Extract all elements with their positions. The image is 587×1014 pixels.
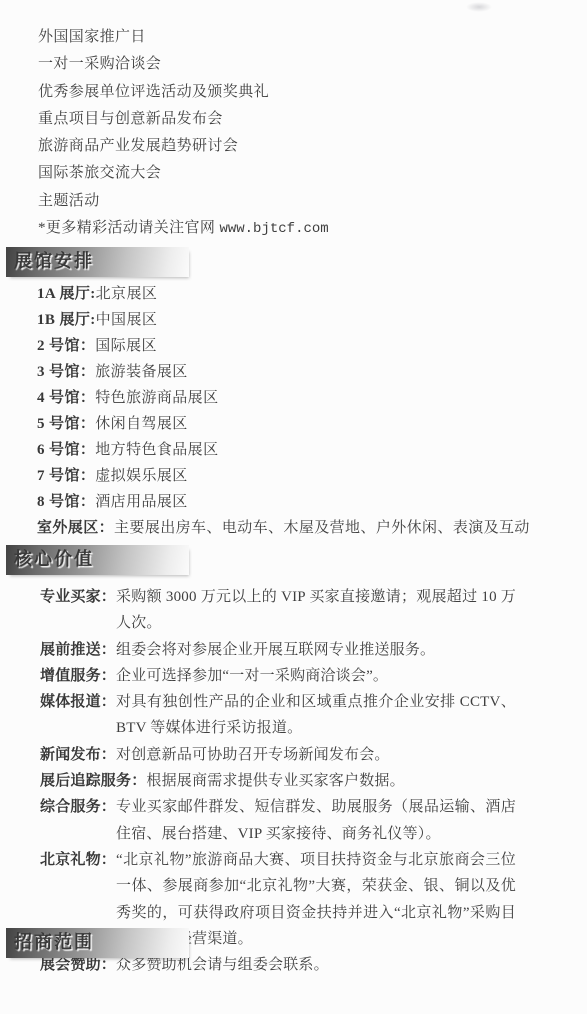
hall-item: 6 号馆：地方特色食品展区 [37,437,557,463]
hall-value: 国际展区 [95,338,157,354]
core-value-label: 专业买家： [40,584,116,637]
core-value-item: 展后追踪服务：根据展商需求提供专业买家客户数据。 [40,768,516,794]
activity-item: 外国国家推广日 [38,24,329,51]
halls-list: 1A 展厅:北京展区 1B 展厅:中国展区 2 号馆：国际展区 3 号馆：旅游装… [37,281,557,567]
core-values-list: 专业买家：采购额 3000 万元以上的 VIP 买家直接邀请；观展超过 10 万… [40,584,516,978]
hall-label: 室外展区： [37,520,114,536]
hall-value: 虚拟娱乐展区 [95,468,187,484]
core-value-text: 组委会将对参展企业开展互联网专业推送服务。 [116,637,516,663]
section-header-core-values: 核心价值 [6,545,189,575]
section-title-core-values: 核心价值 [14,549,94,569]
hall-value: 旅游装备展区 [95,364,187,380]
hall-label: 1B 展厅: [37,312,96,328]
core-value-label: 媒体报道： [40,689,116,742]
activity-item: 国际茶旅交流大会 [38,160,329,187]
hall-label: 4 号馆： [37,390,95,406]
core-value-item: 专业买家：采购额 3000 万元以上的 VIP 买家直接邀请；观展超过 10 万… [40,584,516,637]
core-value-item: 新闻发布：对创意新品可协助召开专场新闻发布会。 [40,742,516,768]
hall-value: 北京展区 [96,286,158,302]
hall-value: 地方特色食品展区 [95,442,218,458]
hall-label: 8 号馆： [37,494,95,510]
note-text: *更多精彩活动请关注官网 [38,220,219,236]
hall-label: 6 号馆： [37,442,95,458]
hall-item: 1A 展厅:北京展区 [37,281,557,307]
core-value-text: 对具有独创性产品的企业和区域重点推介企业安排 CCTV、BTV 等媒体进行采访报… [116,689,516,742]
core-value-text: 根据展商需求提供专业买家客户数据。 [146,768,516,794]
hall-item: 7 号馆：虚拟娱乐展区 [37,463,557,489]
hall-value: 休闲自驾展区 [95,416,187,432]
hall-label: 7 号馆： [37,468,95,484]
core-value-text: 专业买家邮件群发、短信群发、助展服务（展品运输、酒店住宿、展台搭建、VIP 买家… [116,794,516,847]
scan-smudge [466,2,492,12]
activity-item: 优秀参展单位评选活动及颁奖典礼 [38,79,329,106]
core-value-label: 增值服务： [40,663,116,689]
hall-value: 中国展区 [96,312,158,328]
core-value-label: 综合服务： [40,794,116,847]
core-value-item: 媒体报道：对具有独创性产品的企业和区域重点推介企业安排 CCTV、BTV 等媒体… [40,689,516,742]
activity-item: 主题活动 [38,188,329,215]
activity-item: 旅游商品产业发展趋势研讨会 [38,133,329,160]
section-title-investment-scope: 招商范围 [14,932,94,952]
hall-label: 3 号馆： [37,364,95,380]
hall-item: 5 号馆：休闲自驾展区 [37,411,557,437]
hall-label: 2 号馆： [37,338,95,354]
core-value-item: 增值服务：企业可选择参加“一对一采购商洽谈会”。 [40,663,516,689]
hall-label: 1A 展厅: [37,286,96,302]
section-header-halls: 展馆安排 [6,247,189,277]
hall-item: 1B 展厅:中国展区 [37,307,557,333]
hall-item: 4 号馆：特色旅游商品展区 [37,385,557,411]
core-value-label: 展前推送： [40,637,116,663]
core-value-text: 采购额 3000 万元以上的 VIP 买家直接邀请；观展超过 10 万人次。 [116,584,516,637]
hall-value: 特色旅游商品展区 [95,390,218,406]
website-url: www.bjtcf.com [219,221,328,237]
core-value-text: 企业可选择参加“一对一采购商洽谈会”。 [116,663,516,689]
core-value-text: 对创意新品可协助召开专场新闻发布会。 [116,742,516,768]
core-value-item: 综合服务：专业买家邮件群发、短信群发、助展服务（展品运输、酒店住宿、展台搭建、V… [40,794,516,847]
hall-item: 8 号馆：酒店用品展区 [37,489,557,515]
activity-item: 重点项目与创意新品发布会 [38,106,329,133]
activity-item: 一对一采购洽谈会 [38,51,329,78]
core-value-label: 展后追踪服务： [40,768,146,794]
core-value-item: 展前推送：组委会将对参展企业开展互联网专业推送服务。 [40,637,516,663]
hall-item: 3 号馆：旅游装备展区 [37,359,557,385]
activities-list: 外国国家推广日 一对一采购洽谈会 优秀参展单位评选活动及颁奖典礼 重点项目与创意… [38,24,329,243]
section-title-halls: 展馆安排 [14,251,94,271]
hall-label: 5 号馆： [37,416,95,432]
more-info-note: *更多精彩活动请关注官网 www.bjtcf.com [38,215,329,243]
hall-item: 2 号馆：国际展区 [37,333,557,359]
section-header-investment-scope: 招商范围 [6,928,189,958]
core-value-label: 新闻发布： [40,742,116,768]
hall-value: 酒店用品展区 [95,494,187,510]
